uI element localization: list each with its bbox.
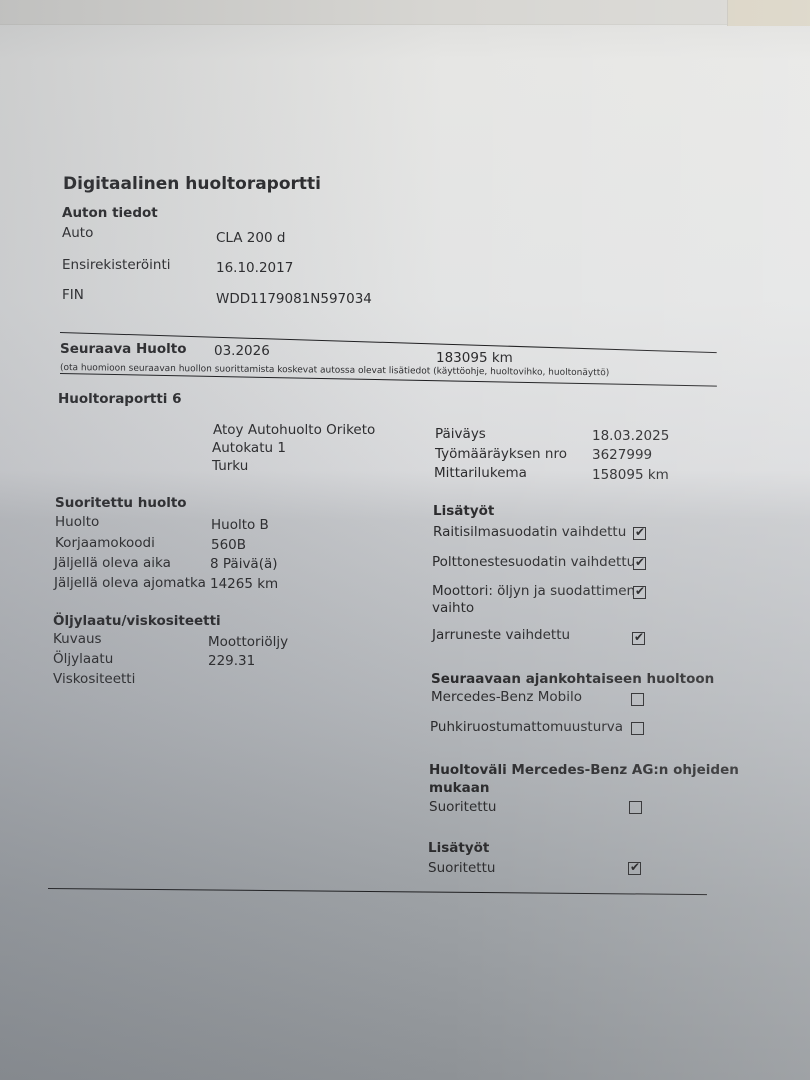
extra-work-heading: Lisätyöt: [433, 503, 494, 519]
odometer-label: Mittarilukema: [434, 465, 527, 481]
odometer-value: 158095 km: [592, 467, 669, 483]
viscosity-label: Viskositeetti: [53, 671, 135, 687]
first-registration-value: 16.10.2017: [216, 260, 293, 276]
extra-work-item-fuel-filter: Polttonestesuodatin vaihdettu: [432, 554, 635, 570]
rust-warranty-checkbox[interactable]: [631, 722, 644, 735]
date-label: Päiväys: [435, 426, 486, 442]
extra-work-item-brake-fluid: Jarruneste vaihdettu: [432, 627, 570, 643]
date-value: 18.03.2025: [592, 428, 669, 444]
checkmark-icon: ✔: [635, 584, 645, 598]
extra-work-2-heading: Lisätyöt: [428, 840, 489, 856]
extra-work-item-oil-change-line2: vaihto: [432, 600, 474, 616]
checkmark-icon: ✔: [635, 555, 645, 569]
service-interval-heading-line2: mukaan: [429, 780, 490, 796]
workshop-code-value: 560B: [211, 537, 246, 553]
fuel-filter-checkbox[interactable]: ✔: [633, 557, 646, 570]
service-interval-done-checkbox[interactable]: [629, 801, 642, 814]
remaining-distance-label: Jäljellä oleva ajomatka: [54, 575, 206, 591]
work-order-value: 3627999: [592, 447, 652, 463]
document-title: Digitaalinen huoltoraportti: [63, 174, 321, 194]
performed-service-heading: Suoritettu huolto: [55, 495, 187, 511]
workshop-name: Atoy Autohuolto Oriketo: [213, 422, 375, 438]
mobilo-label: Mercedes-Benz Mobilo: [431, 689, 582, 705]
workshop-code-label: Korjaamokoodi: [55, 535, 155, 551]
cabin-filter-checkbox[interactable]: ✔: [633, 527, 646, 540]
extra-work-2-done-label: Suoritettu: [428, 860, 495, 876]
next-service-label: Seuraava Huolto: [60, 341, 187, 357]
service-interval-done-label: Suoritettu: [429, 799, 496, 815]
report-heading: Huoltoraportti 6: [58, 391, 182, 407]
extra-work-item-cabin-filter: Raitisilmasuodatin vaihdettu: [433, 524, 626, 540]
remaining-distance-value: 14265 km: [210, 576, 278, 592]
car-model-label: Auto: [62, 225, 93, 241]
oil-change-checkbox[interactable]: ✔: [633, 586, 646, 599]
service-type-value: Huolto B: [211, 517, 269, 533]
brake-fluid-checkbox[interactable]: ✔: [632, 632, 645, 645]
service-interval-heading: Huoltoväli Mercedes-Benz AG:n ohjeiden: [429, 762, 739, 778]
car-model-value: CLA 200 d: [216, 230, 285, 246]
checkmark-icon: ✔: [630, 860, 640, 874]
oil-heading: Öljylaatu/viskositeetti: [53, 613, 221, 629]
extra-work-2-done-checkbox[interactable]: ✔: [628, 862, 641, 875]
oil-description-value: Moottoriöljy: [208, 634, 288, 650]
workshop-city: Turku: [212, 458, 248, 474]
next-service-date: 03.2026: [214, 343, 270, 359]
oil-quality-value: 229.31: [208, 653, 255, 669]
next-current-service-heading: Seuraavaan ajankohtaiseen huoltoon: [431, 671, 714, 687]
oil-description-label: Kuvaus: [53, 631, 102, 647]
checkmark-icon: ✔: [634, 630, 644, 644]
rust-warranty-label: Puhkiruostumattomuusturva: [430, 719, 623, 735]
mobilo-checkbox[interactable]: [631, 693, 644, 706]
service-type-label: Huolto: [55, 514, 99, 530]
remaining-time-value: 8 Päivä(ä): [210, 556, 278, 572]
fin-label: FIN: [62, 287, 84, 303]
remaining-time-label: Jäljellä oleva aika: [54, 555, 171, 571]
work-order-label: Työmääräyksen nro: [435, 446, 567, 462]
oil-quality-label: Öljylaatu: [53, 651, 113, 667]
service-report-page: Digitaalinen huoltoraportti Auton tiedot…: [0, 0, 810, 1080]
checkmark-icon: ✔: [635, 525, 645, 539]
first-registration-label: Ensirekisteröinti: [62, 257, 171, 273]
extra-work-item-oil-change: Moottori: öljyn ja suodattimen: [432, 583, 635, 599]
next-service-note: (ota huomioon seuraavan huollon suoritta…: [60, 363, 609, 378]
workshop-street: Autokatu 1: [212, 440, 286, 456]
fin-value: WDD1179081N597034: [216, 291, 372, 307]
next-service-km: 183095 km: [436, 350, 513, 366]
car-info-heading: Auton tiedot: [62, 205, 158, 221]
divider-bottom: [48, 888, 707, 895]
